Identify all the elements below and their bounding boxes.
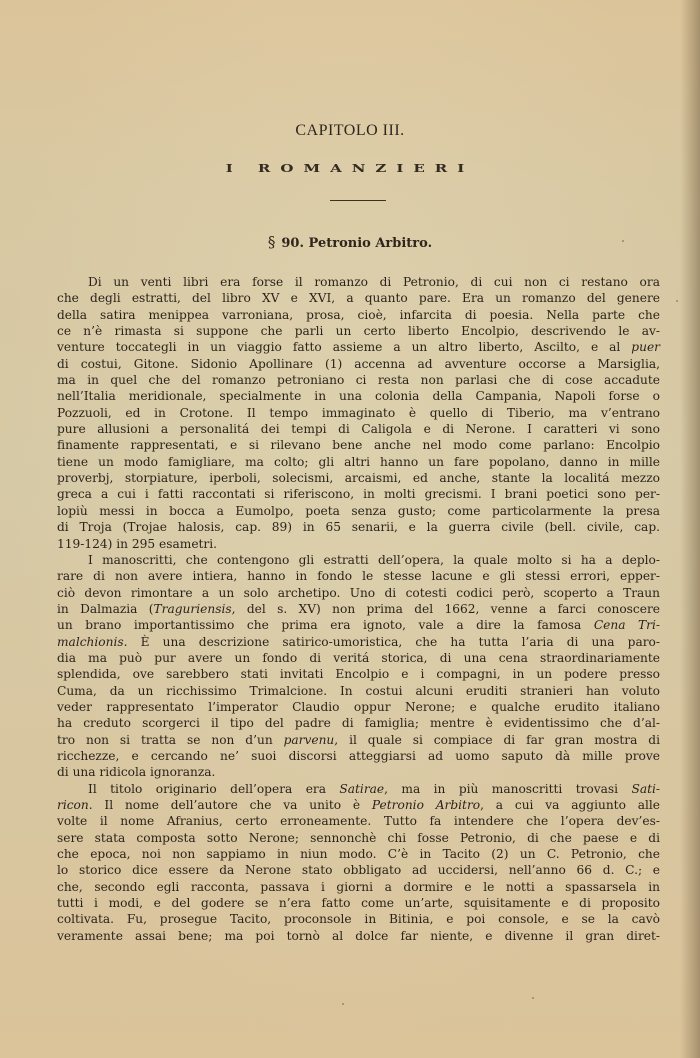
text-line: che, secondo egli racconta, passava i gi…	[57, 879, 660, 895]
text-segment: di Troja (Trojae halosis, cap. 89) in 65…	[57, 520, 660, 534]
text-segment: rare di non avere intiera, hanno in fond…	[57, 569, 660, 583]
text-segment: . È una descrizione satirico-umoristica,…	[124, 635, 660, 649]
italic-term: puer	[631, 340, 660, 354]
text-segment: , ma in più manoscritti trovasi	[384, 782, 631, 796]
text-segment: lo storico dice essere da Nerone stato o…	[57, 863, 660, 877]
text-segment: I manoscritti, che contengono gli estrat…	[88, 553, 660, 567]
text-line: di una ridicola ignoranza.	[57, 764, 660, 780]
text-line: lo storico dice essere da Nerone stato o…	[57, 862, 660, 878]
text-line: della satira menippea varroniana, prosa,…	[57, 307, 660, 323]
text-segment: 119-124) in 295 esametri.	[57, 537, 217, 551]
text-segment: che degli estratti, del libro XV e XVI, …	[57, 291, 660, 305]
section-title: 90. Petronio Arbitro.	[281, 236, 432, 251]
text-segment: che epoca, noi non sappiamo in niun modo…	[57, 847, 660, 861]
text-line: di Troja (Trojae halosis, cap. 89) in 65…	[57, 519, 660, 535]
chapter-number: CAPITOLO III.	[0, 122, 700, 140]
text-line: 119-124) in 295 esametri.	[57, 536, 660, 552]
text-line: dia ma può pur avere un fondo di veritá …	[57, 650, 660, 666]
text-segment: veder rappresentato l’imperator Claudio …	[57, 700, 660, 714]
text-segment: . Il nome dell’autore che va unito è	[89, 798, 372, 812]
text-line: ciò devon rimontare a un solo archetipo.…	[57, 585, 660, 601]
text-segment: che, secondo egli racconta, passava i gi…	[57, 880, 660, 894]
text-line: che degli estratti, del libro XV e XVI, …	[57, 290, 660, 306]
text-line: I manoscritti, che contengono gli estrat…	[57, 552, 660, 568]
paper-speck	[676, 300, 678, 302]
text-line: finamente rappresentati, e si rilevano b…	[57, 437, 660, 453]
text-segment: di costui, Gitone. Sidonio Apollinare (1…	[57, 357, 660, 371]
italic-term: Cena Tri-	[594, 618, 660, 632]
text-segment: tiene un modo famigliare, ma colto; gli …	[57, 455, 660, 469]
paper-speck	[532, 997, 534, 999]
text-line: nell’Italia meridionale, specialmente in…	[57, 388, 660, 404]
text-segment: ha creduto scorgerci il tipo del padre d…	[57, 716, 660, 730]
section-heading: §90. Petronio Arbitro.	[0, 233, 700, 251]
text-segment: splendida, ove sarebbero stati invitati …	[57, 667, 660, 681]
text-segment: lopiù messi in bocca a Eumolpo, poeta se…	[57, 504, 660, 518]
text-line: di costui, Gitone. Sidonio Apollinare (1…	[57, 356, 660, 372]
chapter-divider-rule	[330, 200, 386, 201]
text-line: veder rappresentato l’imperator Claudio …	[57, 699, 660, 715]
text-segment: nell’Italia meridionale, specialmente in…	[57, 389, 660, 403]
text-line: Pozzuoli, ed in Crotone. Il tempo immagi…	[57, 405, 660, 421]
text-line: proverbj, storpiature, iperboli, solecis…	[57, 470, 660, 486]
italic-term: Traguriensis	[154, 602, 232, 616]
text-line: Di un venti libri era forse il romanzo d…	[57, 274, 660, 290]
text-line: rare di non avere intiera, hanno in fond…	[57, 568, 660, 584]
paper-speck	[622, 240, 624, 242]
text-segment: Pozzuoli, ed in Crotone. Il tempo immagi…	[57, 406, 660, 420]
text-line: ha creduto scorgerci il tipo del padre d…	[57, 715, 660, 731]
text-line: che epoca, noi non sappiamo in niun modo…	[57, 846, 660, 862]
text-segment: , a cui va aggiunto alle	[480, 798, 660, 812]
text-segment: ciò devon rimontare a un solo archetipo.…	[57, 586, 660, 600]
text-segment: ce n’è rimasta si suppone che parli un c…	[57, 324, 660, 338]
text-line: tro non si tratta se non d’un parvenu, i…	[57, 732, 660, 748]
body-text: Di un venti libri era forse il romanzo d…	[57, 274, 660, 944]
italic-term: malchionis	[57, 635, 124, 649]
text-segment: coltivata. Fu, prosegue Tacito, proconso…	[57, 912, 660, 926]
text-line: malchionis. È una descrizione satirico-u…	[57, 634, 660, 650]
text-segment: in Dalmazia (	[57, 602, 154, 616]
italic-term: Satirae	[339, 782, 384, 796]
text-segment: greca a cui i fatti raccontati si riferi…	[57, 487, 660, 501]
text-segment: veramente assai bene; ma poi tornò al do…	[57, 929, 660, 943]
text-segment: finamente rappresentati, e si rilevano b…	[57, 438, 660, 452]
text-line: in Dalmazia (Traguriensis, del s. XV) no…	[57, 601, 660, 617]
text-line: splendida, ove sarebbero stati invitati …	[57, 666, 660, 682]
text-line: un brano importantissimo che prima era i…	[57, 617, 660, 633]
text-segment: venture toccategli in un viaggio fatto a…	[57, 340, 631, 354]
text-line: ce n’è rimasta si suppone che parli un c…	[57, 323, 660, 339]
text-line: veramente assai bene; ma poi tornò al do…	[57, 928, 660, 944]
text-line: ricon. Il nome dell’autore che va unito …	[57, 797, 660, 813]
text-segment: tro non si tratta se non d’un	[57, 733, 284, 747]
text-segment: , del s. XV) non prima del 1662, venne a…	[232, 602, 660, 616]
text-line: sere stata composta sotto Nerone; sennon…	[57, 830, 660, 846]
section-sign-icon: §	[268, 233, 276, 251]
italic-term: parvenu	[284, 733, 335, 747]
italic-term: Sati-	[631, 782, 660, 796]
text-line: tutti i modi, e del godere se n’era fatt…	[57, 895, 660, 911]
text-line: tiene un modo famigliare, ma colto; gli …	[57, 454, 660, 470]
text-segment: sere stata composta sotto Nerone; sennon…	[57, 831, 660, 845]
text-line: ma in quel che del romanzo petroniano ci…	[57, 372, 660, 388]
paper-speck	[342, 1003, 344, 1005]
text-line: lopiù messi in bocca a Eumolpo, poeta se…	[57, 503, 660, 519]
italic-term: ricon	[57, 798, 89, 812]
text-segment: ricchezze, e cercando ne’ suoi discorsi …	[57, 749, 660, 763]
text-segment: Il titolo originario dell’opera era	[88, 782, 339, 796]
chapter-title: I ROMANZIERI	[0, 162, 700, 175]
italic-term: Petronio Arbitro	[372, 798, 480, 812]
text-segment: proverbj, storpiature, iperboli, solecis…	[57, 471, 660, 485]
text-segment: Cuma, da un ricchissimo Trimalcione. In …	[57, 684, 660, 698]
text-line: ricchezze, e cercando ne’ suoi discorsi …	[57, 748, 660, 764]
text-segment: di una ridicola ignoranza.	[57, 765, 215, 779]
text-line: Il titolo originario dell’opera era Sati…	[57, 781, 660, 797]
text-line: Cuma, da un ricchissimo Trimalcione. In …	[57, 683, 660, 699]
text-segment: tutti i modi, e del godere se n’era fatt…	[57, 896, 660, 910]
text-line: greca a cui i fatti raccontati si riferi…	[57, 486, 660, 502]
text-segment: volte il nome Afranius, certo erroneamen…	[57, 814, 660, 828]
text-segment: ma in quel che del romanzo petroniano ci…	[57, 373, 660, 387]
text-segment: dia ma può pur avere un fondo di veritá …	[57, 651, 660, 665]
text-segment: un brano importantissimo che prima era i…	[57, 618, 594, 632]
text-segment: della satira menippea varroniana, prosa,…	[57, 308, 660, 322]
text-line: volte il nome Afranius, certo erroneamen…	[57, 813, 660, 829]
page-gutter-shadow	[680, 0, 700, 1058]
text-line: venture toccategli in un viaggio fatto a…	[57, 339, 660, 355]
text-line: pure allusioni a personalitá dei tempi d…	[57, 421, 660, 437]
text-segment: pure allusioni a personalitá dei tempi d…	[57, 422, 660, 436]
text-line: coltivata. Fu, prosegue Tacito, proconso…	[57, 911, 660, 927]
text-segment: Di un venti libri era forse il romanzo d…	[88, 275, 660, 289]
text-segment: , il quale si compiace di far gran mostr…	[334, 733, 660, 747]
